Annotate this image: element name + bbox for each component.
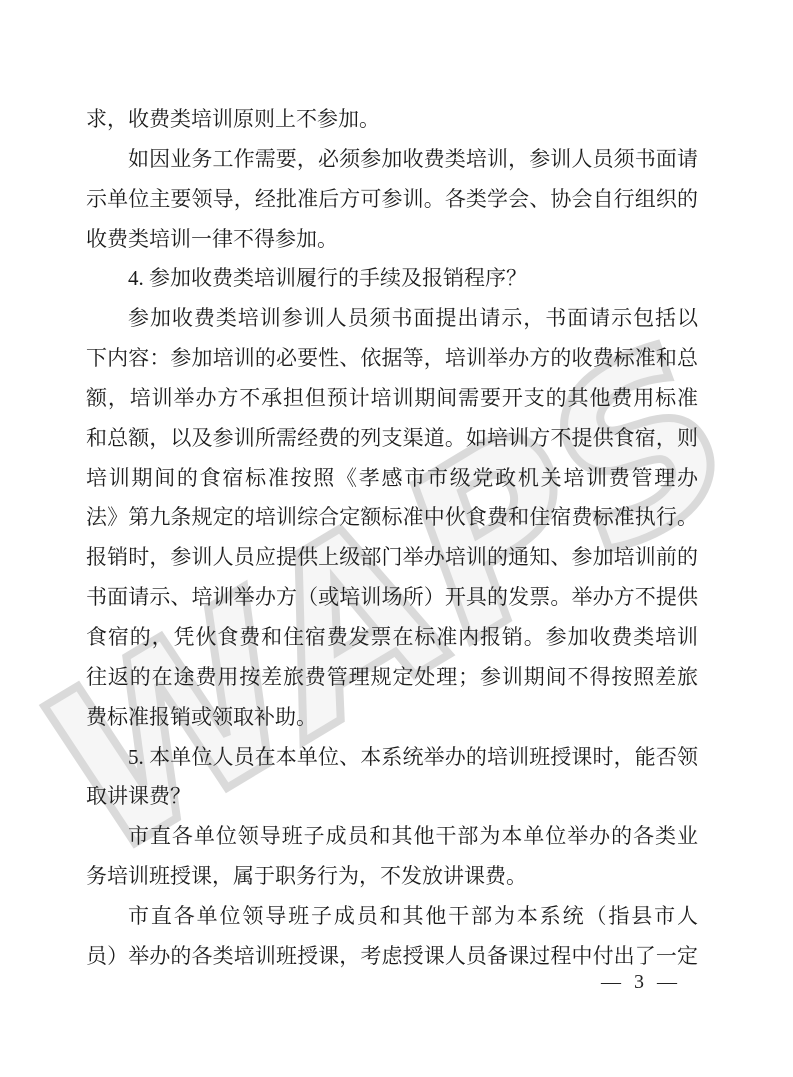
page-number: — 3 — [601,971,679,994]
text-line: 往返的在途费用按差旅费管理规定处理；参训期间不得按照差旅 [86,658,698,698]
text-line: 书面请示、培训举办方（或培训场所）开具的发票。举办方不提供 [86,578,698,618]
text-line: 求，收费类培训原则上不参加。 [86,100,698,140]
text-line: 市直各单位领导班子成员和其他干部为本单位举办的各类业 [86,817,698,857]
text-line: 示单位主要领导，经批准后方可参训。各类学会、协会自行组织的 [86,180,698,220]
text-line: 务培训班授课，属于职务行为，不发放讲课费。 [86,857,698,897]
text-line: 额，培训举办方不承担但预计培训期间需要开支的其他费用标准 [86,379,698,419]
text-line: 下内容：参加培训的必要性、依据等，培训举办方的收费标准和总 [86,339,698,379]
text-line: 如因业务工作需要，必须参加收费类培训，参训人员须书面请 [86,140,698,180]
text-line: 报销时，参训人员应提供上级部门举办培训的通知、参加培训前的 [86,538,698,578]
text-line: 和总额，以及参训所需经费的列支渠道。如培训方不提供食宿，则 [86,419,698,459]
text-line: 培训期间的食宿标准按照《孝感市市级党政机关培训费管理办 [86,459,698,499]
text-line: 取讲课费？ [86,777,698,817]
text-line: 市直各单位领导班子成员和其他干部为本系统（指县市人 [86,897,698,937]
text-line: 收费类培训一律不得参加。 [86,220,698,260]
text-line: 5. 本单位人员在本单位、本系统举办的培训班授课时，能否领 [86,738,698,778]
document-body: 求，收费类培训原则上不参加。如因业务工作需要，必须参加收费类培训，参训人员须书面… [86,100,698,977]
text-line: 参加收费类培训参训人员须书面提出请示，书面请示包括以 [86,299,698,339]
text-line: 食宿的，凭伙食费和住宿费发票在标准内报销。参加收费类培训 [86,618,698,658]
document-page: WAPS 求，收费类培训原则上不参加。如因业务工作需要，必须参加收费类培训，参训… [0,0,793,1077]
text-line: 费标准报销或领取补助。 [86,698,698,738]
text-line: 法》第九条规定的培训综合定额标准中伙食费和住宿费标准执行。 [86,498,698,538]
text-line: 4. 参加收费类培训履行的手续及报销程序？ [86,259,698,299]
